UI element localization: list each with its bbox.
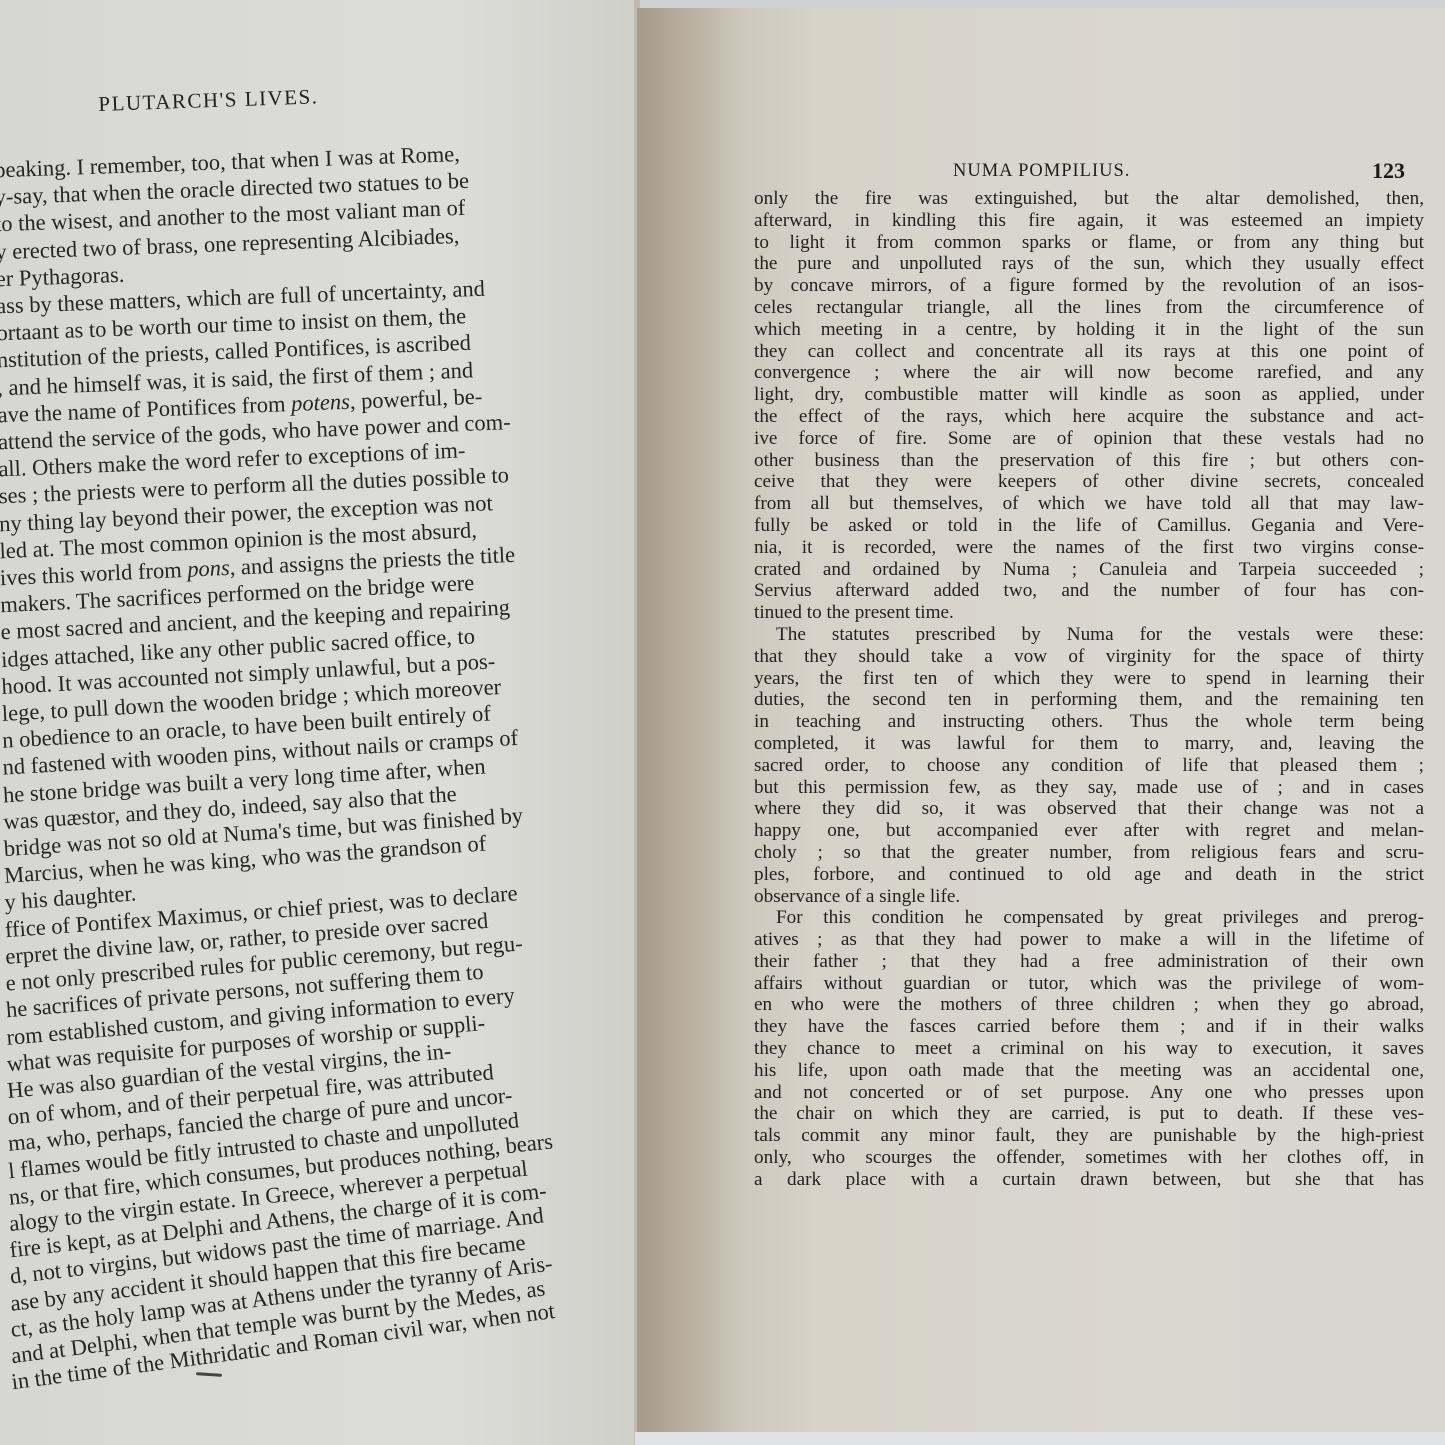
text-line: duties, the second ten in performing the… [754, 689, 1424, 711]
text-line: nia, it is recorded, were the names of t… [754, 537, 1424, 559]
text-line: For this condition he compensated by gre… [754, 907, 1424, 929]
page-number: 123 [1372, 158, 1405, 184]
text-line: in teaching and instructing others. Thus… [754, 711, 1424, 733]
left-page-text-block: peaking. I remember, too, that when I wa… [0, 146, 640, 1406]
text-line: completed, it was lawful for them to mar… [754, 733, 1424, 755]
text-line: affairs without guardian or tutor, which… [754, 973, 1424, 995]
text-line: and not concerted or of set purpose. Any… [754, 1082, 1424, 1104]
text-line: where they did so, it was observed that … [754, 798, 1424, 820]
text-line: observance of a single life. [754, 886, 1424, 908]
text-line: by concave mirrors, of a figure formed b… [754, 275, 1424, 297]
text-line: the chair on which they are carried, is … [754, 1103, 1424, 1125]
text-line: afterward, in kindling this fire again, … [754, 210, 1424, 232]
text-line: ceive that they were keepers of other di… [754, 471, 1424, 493]
text-line: sacred order, to choose any condition of… [754, 755, 1424, 777]
text-line: celes rectangular triangle, all the line… [754, 297, 1424, 319]
text-line: convergence ; where the air will now bec… [754, 362, 1424, 384]
text-line: only the fire was extinguished, but the … [754, 188, 1424, 210]
text-line: they chance to meet a criminal on his wa… [754, 1038, 1424, 1060]
background-surface-bottom [635, 1432, 1445, 1445]
text-line: they can collect and concentrate all its… [754, 341, 1424, 363]
text-line: their father ; that they had a free admi… [754, 951, 1424, 973]
text-line: a dark place with a curtain drawn betwee… [754, 1169, 1424, 1191]
text-line: but this permission few, as they say, ma… [754, 777, 1424, 799]
text-line: tals commit any minor fault, they are pu… [754, 1125, 1424, 1147]
text-line: happy one, but accompanied ever after wi… [754, 820, 1424, 842]
text-line: Servius afterward added two, and the num… [754, 580, 1424, 602]
text-line: only, who scourges the offender, sometim… [754, 1147, 1424, 1169]
text-line: from all but themselves, of which we hav… [754, 493, 1424, 515]
text-line: which meeting in a centre, by holding it… [754, 319, 1424, 341]
text-line: they have the fasces carried before them… [754, 1016, 1424, 1038]
text-line: light, dry, combustible matter will kind… [754, 384, 1424, 406]
open-book-photo: PLUTARCH'S LIVES. peaking. I remember, t… [0, 0, 1445, 1445]
italic-word: pons [187, 555, 231, 582]
right-running-head: NUMA POMPILIUS. [953, 161, 1130, 182]
left-page: PLUTARCH'S LIVES. peaking. I remember, t… [0, 0, 640, 1445]
text-line: en who were the mothers of three childre… [754, 994, 1424, 1016]
text-line: crated and ordained by Numa ; Canuleia a… [754, 559, 1424, 581]
gutter-shadow [637, 8, 747, 1433]
left-running-head: PLUTARCH'S LIVES. [98, 84, 319, 117]
text-line: that they should take a vow of virginity… [754, 646, 1424, 668]
text-line: atives ; as that they had power to make … [754, 929, 1424, 951]
text-line: his life, upon oath made that the meetin… [754, 1060, 1424, 1082]
text-line: fully be asked or told in the life of Ca… [754, 515, 1424, 537]
text-line: to light it from common sparks or flame,… [754, 232, 1424, 254]
italic-word: potens [291, 389, 351, 416]
text-line: ples, forbore, and continued to old age … [754, 864, 1424, 886]
right-page: NUMA POMPILIUS. 123 only the fire was ex… [637, 8, 1445, 1433]
text-line: ive force of fire. Some are of opinion t… [754, 428, 1424, 450]
text-line: years, the first ten of which they were … [754, 668, 1424, 690]
text-line: the effect of the rays, which here acqui… [754, 406, 1424, 428]
text-line: The statutes prescribed by Numa for the … [754, 624, 1424, 646]
text-line: choly ; so that the greater number, from… [754, 842, 1424, 864]
text-line: other business than the preservation of … [754, 450, 1424, 472]
text-line: the pure and unpolluted rays of the sun,… [754, 253, 1424, 275]
right-page-text-block: only the fire was extinguished, but the … [754, 188, 1424, 1191]
text-line: tinued to the present time. [754, 602, 1424, 624]
